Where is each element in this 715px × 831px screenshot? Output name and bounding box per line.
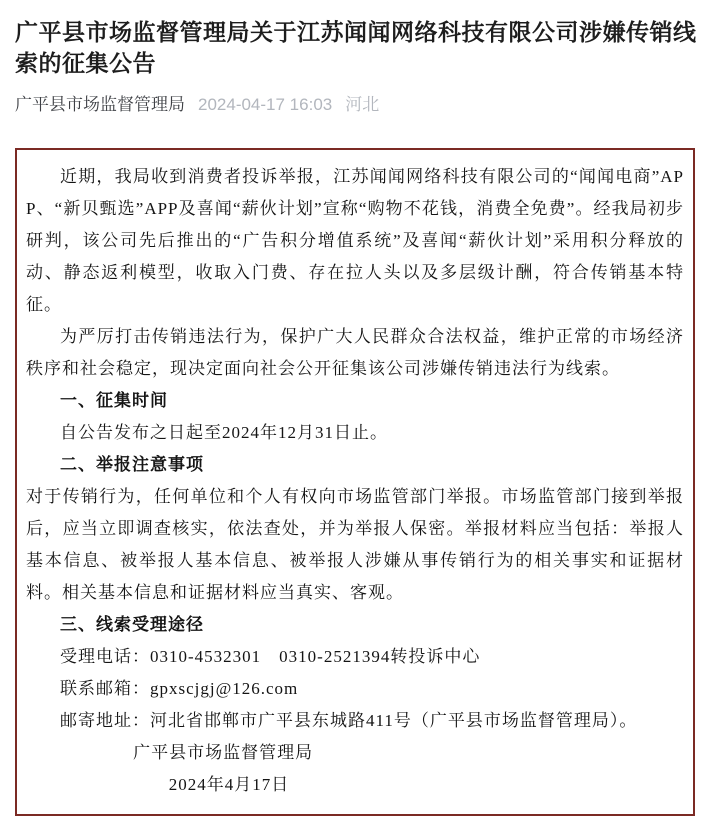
heading-collection-period: 一、征集时间 xyxy=(26,385,684,417)
heading-report-notes: 二、举报注意事项 xyxy=(26,449,684,481)
region-label: 河北 xyxy=(345,94,379,116)
collection-period-text: 自公告发布之日起至2024年12月31日止。 xyxy=(26,417,684,449)
intro-paragraph: 近期，我局收到消费者投诉举报，江苏闻闻网络科技有限公司的“闻闻电商”APP、“新… xyxy=(26,161,684,321)
signature-date: 2024年4月17日 xyxy=(26,769,684,801)
notice-box: 近期，我局收到消费者投诉举报，江苏闻闻网络科技有限公司的“闻闻电商”APP、“新… xyxy=(15,148,695,816)
phone-line: 受理电话：0310-4532301 0310-2521394转投诉中心 xyxy=(26,641,684,673)
page-title: 广平县市场监督管理局关于江苏闻闻网络科技有限公司涉嫌传销线索的征集公告 xyxy=(15,17,699,79)
source-name: 广平县市场监督管理局 xyxy=(15,94,185,116)
report-notes-paragraph: 对于传销行为，任何单位和个人有权向市场监管部门举报。市场监管部门接到举报后，应当… xyxy=(26,481,684,609)
heading-clue-channels: 三、线索受理途径 xyxy=(26,609,684,641)
purpose-paragraph: 为严厉打击传销违法行为，保护广大人民群众合法权益，维护正常的市场经济秩序和社会稳… xyxy=(26,321,684,385)
address-line: 邮寄地址：河北省邯郸市广平县东城路411号（广平县市场监督管理局）。 xyxy=(26,705,684,737)
announcement-page: 广平县市场监督管理局关于江苏闻闻网络科技有限公司涉嫌传销线索的征集公告 广平县市… xyxy=(0,0,715,831)
signature-agency: 广平县市场监督管理局 xyxy=(26,737,684,769)
email-line: 联系邮箱：gpxscjgj@126.com xyxy=(26,673,684,705)
article-meta: 广平县市场监督管理局 2024-04-17 16:03 河北 xyxy=(15,94,695,116)
publish-timestamp: 2024-04-17 16:03 xyxy=(198,94,332,116)
